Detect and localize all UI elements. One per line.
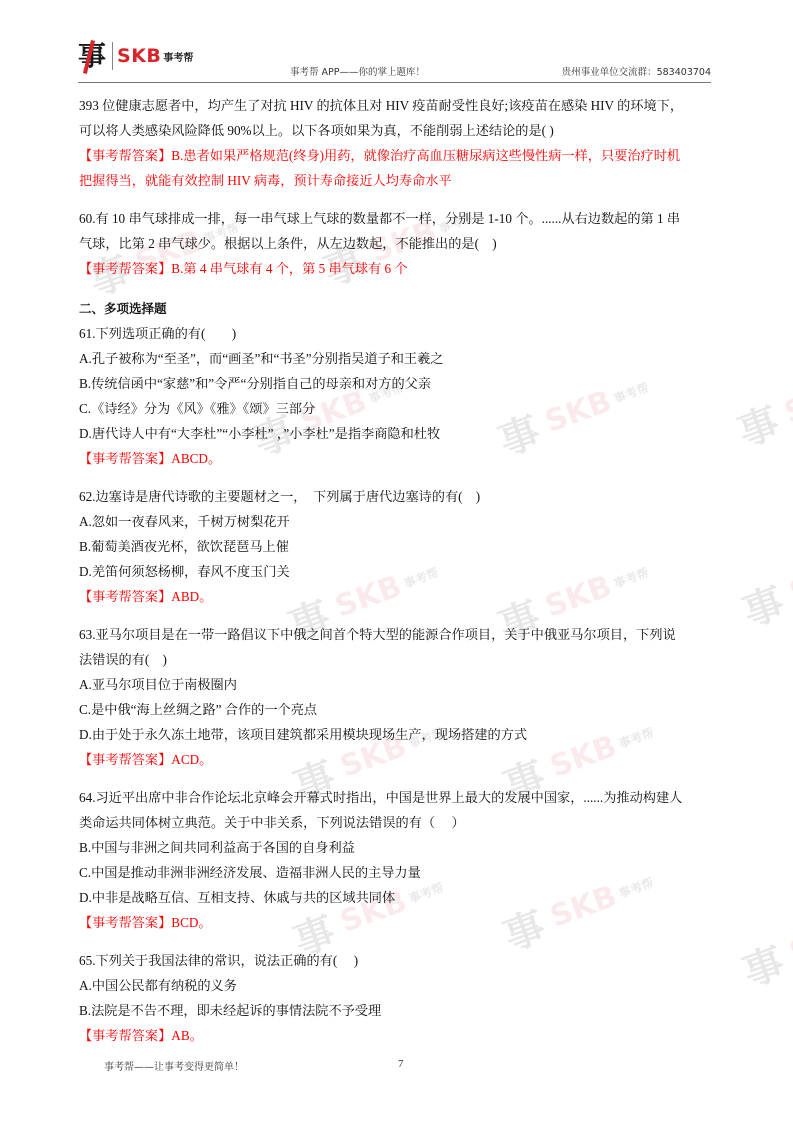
document-body: 393 位健康志愿者中，均产生了对抗 HIV 的抗体且对 HIV 疫苗耐受性良好… — [79, 93, 724, 1048]
answer-text: 把握得当，就能有效控制 HIV 病毒，预计寿命接近人均寿命水平 — [79, 168, 724, 193]
watermark-glyph: 事 — [734, 571, 791, 638]
question-text: 60.有 10 串气球排成一排，每一串气球上气球的数量都不一样，分别是 1-10… — [79, 206, 724, 231]
logo-icon: 事 — [78, 42, 106, 70]
option: C.中国是推动非洲非洲经济发展、造福非洲人民的主导力量 — [79, 860, 724, 885]
header-divider — [78, 82, 711, 83]
watermark-glyph: 事 — [729, 391, 786, 458]
question-60: 60.有 10 串气球排成一排，每一串气球上气球的数量都不一样，分别是 1-10… — [79, 206, 724, 281]
answer-text: 【事考帮答案】ACD。 — [79, 747, 724, 772]
question-text: 62.边塞诗是唐代诗歌的主要题材之一， 下列属于唐代边塞诗的有( ) — [79, 484, 724, 509]
header-group-info: 贵州事业单位交流群：583403704 — [562, 64, 711, 78]
answer-text: 【事考帮答案】B.第 4 串气球有 4 个，第 5 串气球有 6 个 — [79, 256, 724, 281]
watermark: 事SKB事考帮 — [734, 899, 793, 998]
question-text: 64.习近平出席中非合作论坛北京峰会开幕式时指出，中国是世界上最大的发展中国家，… — [79, 785, 724, 810]
option: D.由于处于永久冻土地带，该项目建筑都采用模块现场生产，现场搭建的方式 — [79, 722, 724, 747]
answer-text: 【事考帮答案】AB。 — [79, 1023, 724, 1048]
question-63: 63.亚马尔项目是在一带一路倡议下中俄之间首个特大型的能源合作项目，关于中俄亚马… — [79, 622, 724, 772]
answer-text: 【事考帮答案】B.患者如果严格规范(终身)用药，就像治疗高血压糖尿病这些慢性病一… — [79, 143, 724, 168]
watermark: 事SKB事考帮 — [729, 359, 793, 458]
answer-text: 【事考帮答案】BCD。 — [79, 910, 724, 935]
option: A.亚马尔项目位于南极圈内 — [79, 672, 724, 697]
watermark-brand: SKB — [785, 555, 793, 611]
question-text: 法错误的有( ) — [79, 647, 724, 672]
option: D.羌笛何须怒杨柳，春风不度玉门关 — [79, 559, 724, 584]
question-text: 63.亚马尔项目是在一带一路倡议下中俄之间首个特大型的能源合作项目，关于中俄亚马… — [79, 622, 724, 647]
option: C.《诗经》分为《风》《雅》《颂》三部分 — [79, 396, 724, 421]
question-61: 61.下列选项正确的有( ) A.孔子被称为“至圣”，而“画圣”和“书圣”分别指… — [79, 321, 724, 471]
footer-slogan: 事考帮——让事考变得更简单！ — [104, 1058, 244, 1073]
section-title: 二、多项选择题 — [79, 296, 724, 321]
option: B.葡萄美酒夜光杯，欲饮琵琶马上催 — [79, 534, 724, 559]
option: C.是中俄“海上丝绸之路” 合作的一个亮点 — [79, 697, 724, 722]
option: D.中非是战略互信、互相支持、休戚与共的区域共同体 — [79, 885, 724, 910]
logo: 事 SKB 事考帮 — [78, 38, 193, 74]
header-slogan: 事考帮 APP——你的掌上题库！ — [290, 64, 425, 78]
question-text: 61.下列选项正确的有( ) — [79, 321, 724, 346]
question-text: 类命运共同体树立典范。关于中非关系，下列说法错误的有（ ） — [79, 810, 724, 835]
option: B.中国与非洲之间共同利益高于各国的自身利益 — [79, 835, 724, 860]
question-62: 62.边塞诗是唐代诗歌的主要题材之一， 下列属于唐代边塞诗的有( ) A.忽如一… — [79, 484, 724, 609]
question-64: 64.习近平出席中非合作论坛北京峰会开幕式时指出，中国是世界上最大的发展中国家，… — [79, 785, 724, 935]
page-header: 事 SKB 事考帮 事考帮 APP——你的掌上题库！ 贵州事业单位交流群：583… — [78, 38, 711, 84]
watermark: 事SKB事考帮 — [734, 539, 793, 638]
question-text: 393 位健康志愿者中，均产生了对抗 HIV 的抗体且对 HIV 疫苗耐受性良好… — [79, 93, 724, 118]
watermark-brand: SKB — [780, 375, 793, 431]
answer-text: 【事考帮答案】ABD。 — [79, 584, 724, 609]
logo-divider — [112, 42, 113, 70]
option: B.法院是不告不理，即未经起诉的事情法院不予受理 — [79, 998, 724, 1023]
page-number: 7 — [398, 1058, 404, 1070]
question-text: 65.下列关于我国法律的常识，说法正确的有( ) — [79, 948, 724, 973]
option: D.唐代诗人中有“大李杜”“小李杜” ，”小李杜”是指李商隐和杜牧 — [79, 421, 724, 446]
logo-cn-text: 事考帮 — [163, 49, 193, 64]
watermark-brand: SKB — [785, 915, 793, 971]
option: B.传统信函中“家慈”和”令严“分别指自己的母亲和对方的父亲 — [79, 371, 724, 396]
logo-brand: SKB — [117, 45, 161, 67]
option: A.孔子被称为“至圣”，而“画圣”和“书圣”分别指吴道子和王羲之 — [79, 346, 724, 371]
answer-text: 【事考帮答案】ABCD。 — [79, 446, 724, 471]
question-text: 气球，比第 2 串气球少。根据以上条件，从左边数起，不能推出的是( ) — [79, 231, 724, 256]
option: A.忽如一夜春风来，千树万树梨花开 — [79, 509, 724, 534]
option: A.中国公民都有纳税的义务 — [79, 973, 724, 998]
watermark-glyph: 事 — [734, 931, 791, 998]
question-59: 393 位健康志愿者中，均产生了对抗 HIV 的抗体且对 HIV 疫苗耐受性良好… — [79, 93, 724, 193]
question-65: 65.下列关于我国法律的常识，说法正确的有( ) A.中国公民都有纳税的义务 B… — [79, 948, 724, 1048]
question-text: 可以将人类感染风险降低 90%以上。以下各项如果为真，不能削弱上述结论的是( ) — [79, 118, 724, 143]
